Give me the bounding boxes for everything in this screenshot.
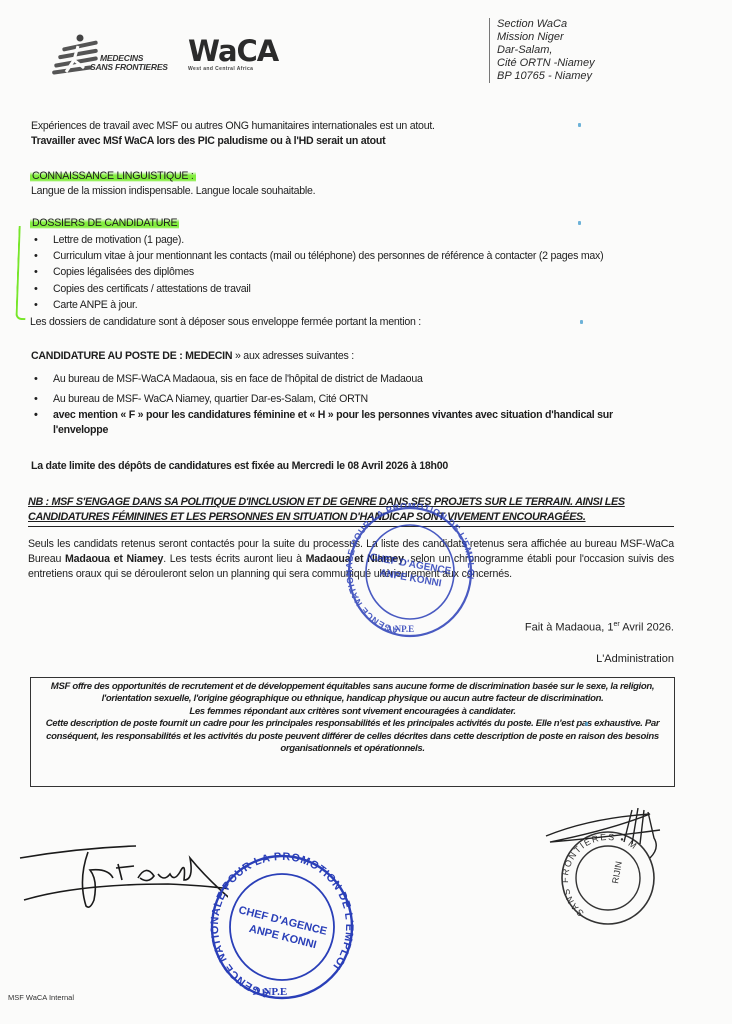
application-heading-bold: CANDIDATURE AU POSTE DE : MEDECIN: [31, 350, 232, 362]
waca-logo: WaCA West and Central Africa: [188, 36, 283, 78]
mention-line-2: l'enveloppe: [53, 424, 108, 436]
nb-line-2: CANDIDATURES FÉMININES ET LES PERSONNES …: [28, 511, 586, 523]
application-heading: CANDIDATURE AU POSTE DE : MEDECIN » aux …: [31, 350, 354, 363]
anpe-stamp: AGENCE NATIONALE POUR LA PROMOTION DE L'…: [346, 503, 474, 641]
footer-classification: MSF WaCA Internal: [8, 993, 74, 1002]
mention-line-1: avec mention « F » pour les candidatures…: [53, 409, 613, 421]
signature: [18, 840, 228, 915]
place-date: Fait à Madaoua, 1er Avril 2026.: [525, 621, 674, 634]
anpe-stamp-bottom: AGENCE NATIONALE POUR LA PROMOTION DE L'…: [208, 852, 356, 1002]
highlighter-bracket-mark: [15, 226, 28, 320]
application-address-list: Au bureau de MSF-WaCA Madaoua, sis en fa…: [30, 369, 423, 409]
dossiers-heading-text: DOSSIERS DE CANDIDATURE: [30, 217, 179, 229]
disclaimer-paragraph: Cette description de poste fournit un ca…: [37, 718, 668, 755]
svg-text:RIJIN: RIJIN: [610, 860, 624, 884]
address-line: Cité ORTN -Niamey: [497, 57, 595, 70]
disclaimer-paragraph: MSF offre des opportunités de recrutemen…: [37, 681, 668, 706]
scan-artifact: [585, 722, 588, 726]
list-item: Copies des certificats / attestations de…: [30, 281, 603, 297]
list-item: Lettre de motivation (1 page).: [30, 232, 603, 248]
scan-artifact: [580, 320, 583, 324]
address-line: BP 10765 - Niamey: [497, 70, 595, 83]
msf-logo-text: MEDECINS SANS FRONTIERES: [90, 54, 168, 72]
svg-text:A.NP.E: A.NP.E: [386, 624, 414, 634]
address-line: Mission Niger: [497, 31, 595, 44]
list-item: avec mention « F » pour les candidatures…: [30, 408, 613, 438]
dossiers-list: Lettre de motivation (1 page). Curriculu…: [30, 232, 603, 313]
list-item: Copies légalisées des diplômes: [30, 264, 603, 280]
languages-heading-text: CONNAISSANCE LINGUISTIQUE :: [30, 170, 196, 182]
list-item: Au bureau de MSF-WaCA Madaoua, sis en fa…: [30, 369, 423, 389]
envelope-mention-list: avec mention « F » pour les candidatures…: [30, 408, 613, 438]
address-line: Section WaCa: [497, 18, 595, 31]
sender-address: Section WaCa Mission Niger Dar-Salam, Ci…: [489, 18, 595, 83]
disclaimer-paragraph: Les femmes répondant aux critères sont v…: [37, 706, 668, 718]
msf-logo-line2: SANS FRONTIERES: [90, 63, 168, 72]
signatory: L'Administration: [596, 653, 674, 665]
dossiers-heading: DOSSIERS DE CANDIDATURE: [30, 217, 179, 230]
svg-text:A.NP.E: A.NP.E: [253, 986, 287, 998]
waca-logo-word: WaCA: [188, 36, 283, 66]
disclaimer-box: MSF offre des opportunités de recrutemen…: [30, 677, 675, 787]
msf-stamp: SANS FRONTIERES • M RIJIN: [540, 808, 665, 933]
selection-locations: Madaoua et Niamey: [65, 553, 163, 565]
deadline-text: La date limite des dépôts de candidature…: [31, 460, 448, 473]
svg-text:SANS FRONTIERES • M: SANS FRONTIERES • M: [560, 832, 640, 919]
scan-artifact: [578, 123, 581, 127]
selection-text: . Les tests écrits auront lieu à: [163, 553, 305, 565]
list-item: Carte ANPE à jour.: [30, 297, 603, 313]
address-line: Dar-Salam,: [497, 44, 595, 57]
experience-line-1: Expériences de travail avec MSF ou autre…: [31, 120, 435, 133]
nb-line-1: NB : MSF S'ENGAGE DANS SA POLITIQUE D'IN…: [28, 496, 625, 508]
list-item: Curriculum vitae à jour mentionnant les …: [30, 248, 603, 264]
msf-logo: MEDECINS SANS FRONTIERES: [52, 32, 182, 78]
experience-line-2: Travailler avec MSf WaCA lors des PIC pa…: [31, 135, 385, 148]
deposit-note: Les dossiers de candidature sont à dépos…: [30, 316, 421, 329]
application-heading-rest: » aux adresses suivantes :: [232, 350, 354, 362]
list-item: Au bureau de MSF- WaCA Niamey, quartier …: [30, 389, 423, 409]
scan-artifact: [578, 221, 581, 225]
languages-heading: CONNAISSANCE LINGUISTIQUE :: [30, 170, 196, 183]
place-date-text: Fait à Madaoua, 1: [525, 622, 614, 634]
place-date-year: Avril 2026.: [620, 622, 674, 634]
languages-text: Langue de la mission indispensable. Lang…: [31, 185, 315, 198]
